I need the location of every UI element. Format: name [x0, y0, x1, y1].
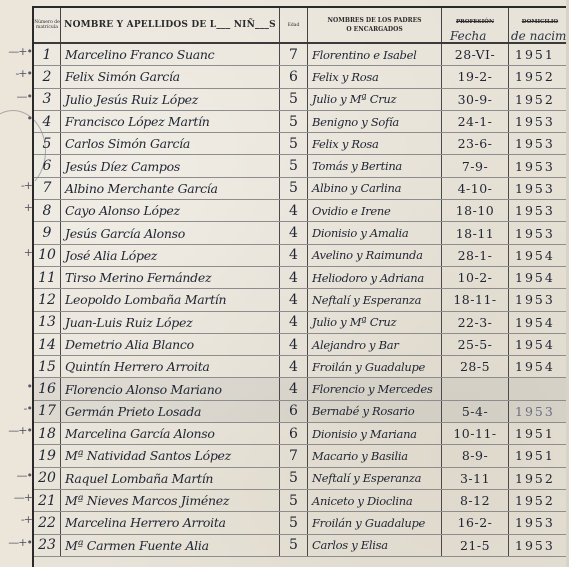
birth-year: 1954 [509, 356, 569, 377]
birth-year: 1954 [509, 245, 569, 266]
table-row: 1 Marcelino Franco Suanc 7 Florentino e … [34, 44, 569, 66]
birth-year: 1953 [509, 512, 569, 533]
birth-date: 7-9- [442, 155, 509, 176]
birth-year: 1953 [509, 155, 569, 176]
row-number: 17 [34, 401, 61, 422]
table-row: 6 Jesús Díez Campos 5 Tomás y Bertina 7-… [34, 155, 569, 177]
header-handwritten-nacimiento: de nacimiento [511, 29, 569, 43]
margin-tick-mark: —• [2, 87, 32, 107]
birth-date: 28-1- [442, 245, 509, 266]
row-number: 18 [34, 423, 61, 444]
child-age: 5 [280, 111, 308, 132]
row-number: 1 [34, 44, 61, 65]
birth-date: 16-2- [442, 512, 509, 533]
child-name: Jesús Díez Campos [61, 155, 280, 176]
table-row: 3 Julio Jesús Ruiz López 5 Julio y Mª Cr… [34, 89, 569, 111]
child-name: Demetrio Alia Blanco [61, 334, 280, 355]
row-number: 3 [34, 89, 61, 110]
parents-names: Albino y Carlina [308, 178, 442, 199]
row-number: 12 [34, 289, 61, 310]
birth-year: 1953 [509, 178, 569, 199]
child-name: Mª Natividad Santos López [61, 445, 280, 466]
child-name: José Alia López [61, 245, 280, 266]
row-number: 22 [34, 512, 61, 533]
birth-date: 28-5 [442, 356, 509, 377]
parents-names: Felix y Rosa [308, 133, 442, 154]
birth-date: 10-11- [442, 423, 509, 444]
child-age: 5 [280, 468, 308, 489]
row-number: 19 [34, 445, 61, 466]
margin-tick-mark: + [2, 243, 32, 263]
header-handwritten-fecha: Fecha [450, 29, 486, 43]
child-name: Tirso Merino Fernández [61, 267, 280, 288]
parents-names: Florentino e Isabel [308, 44, 442, 65]
birth-year: 1953 [509, 401, 569, 422]
row-number: 7 [34, 178, 61, 199]
child-name: Raquel Lombaña Martín [61, 468, 280, 489]
parents-names: Alejandro y Bar [308, 334, 442, 355]
birth-year: 1952 [509, 66, 569, 87]
child-age: 5 [280, 155, 308, 176]
table-row: 14 Demetrio Alia Blanco 4 Alejandro y Ba… [34, 334, 569, 356]
parents-names: Dionisio y Amalia [308, 222, 442, 243]
child-name: Juan-Luis Ruiz López [61, 312, 280, 333]
child-name: Quintín Herrero Arroita [61, 356, 280, 377]
row-number: 10 [34, 245, 61, 266]
child-age: 5 [280, 490, 308, 511]
child-age: 6 [280, 66, 308, 87]
child-name: Marcelino Franco Suanc [61, 44, 280, 65]
child-name: Florencio Alonso Mariano [61, 378, 280, 399]
child-age: 4 [280, 356, 308, 377]
header-parents-line2: O ENCARGADOS [346, 25, 402, 34]
margin-tick-mark: + [2, 198, 32, 218]
table-row: 20 Raquel Lombaña Martín 5 Neftalí y Esp… [34, 468, 569, 490]
child-age: 4 [280, 222, 308, 243]
birth-date: 18-11 [442, 222, 509, 243]
parents-names: Dionisio y Mariana [308, 423, 442, 444]
row-number: 6 [34, 155, 61, 176]
margin-tick-mark: -+• [2, 64, 32, 84]
birth-date: 18-11- [442, 289, 509, 310]
header-number: Número de matrícula [34, 8, 61, 42]
birth-year: 1953 [509, 289, 569, 310]
table-row: 5 Carlos Simón García 5 Felix y Rosa 23-… [34, 133, 569, 155]
birth-date [442, 378, 509, 399]
child-age: 5 [280, 133, 308, 154]
child-age: 5 [280, 178, 308, 199]
child-name: Leopoldo Lombaña Martín [61, 289, 280, 310]
parents-names: Florencio y Mercedes [308, 378, 442, 399]
register-table: Número de matrícula NOMBRE Y APELLIDOS D… [32, 6, 569, 567]
table-row: 18 Marcelina García Alonso 6 Dionisio y … [34, 423, 569, 445]
birth-date: 22-3- [442, 312, 509, 333]
row-number: 13 [34, 312, 61, 333]
birth-year: 1953 [509, 133, 569, 154]
table-row: 9 Jesús García Alonso 4 Dionisio y Amali… [34, 222, 569, 244]
table-row: 11 Tirso Merino Fernández 4 Heliodoro y … [34, 267, 569, 289]
header-age: Edad [280, 8, 308, 42]
parents-names: Avelino y Raimunda [308, 245, 442, 266]
parents-names: Neftalí y Esperanza [308, 289, 442, 310]
row-number: 15 [34, 356, 61, 377]
left-margin: —+•-+•—••-+++•-•—+•—•—+-+—+• [0, 0, 34, 567]
parents-names: Aniceto y Dioclina [308, 490, 442, 511]
child-name: Albino Merchante García [61, 178, 280, 199]
table-header: Número de matrícula NOMBRE Y APELLIDOS D… [34, 8, 569, 44]
row-number: 20 [34, 468, 61, 489]
row-number: 23 [34, 535, 61, 556]
parents-names: Froilán y Guadalupe [308, 356, 442, 377]
table-row: 22 Marcelina Herrero Arroita 5 Froilán y… [34, 512, 569, 534]
birth-date: 25-5- [442, 334, 509, 355]
child-age: 4 [280, 312, 308, 333]
table-row: 16 Florencio Alonso Mariano 4 Florencio … [34, 378, 569, 400]
table-row: 21 Mª Nieves Marcos Jiménez 5 Aniceto y … [34, 490, 569, 512]
row-number: 5 [34, 133, 61, 154]
parents-names: Ovidio e Irene [308, 200, 442, 221]
row-number: 4 [34, 111, 61, 132]
birth-year: 1951 [509, 445, 569, 466]
child-name: Carlos Simón García [61, 133, 280, 154]
child-age: 4 [280, 289, 308, 310]
header-profession: PROFESIÓN Fecha [442, 8, 509, 42]
table-row: 10 José Alia López 4 Avelino y Raimunda … [34, 245, 569, 267]
child-age: 5 [280, 89, 308, 110]
birth-date: 5-4- [442, 401, 509, 422]
birth-year: 1953 [509, 111, 569, 132]
child-name: Julio Jesús Ruiz López [61, 89, 280, 110]
parents-names: Froilán y Guadalupe [308, 512, 442, 533]
header-domicile: DOMICILIO de nacimiento [509, 8, 569, 42]
table-row: 17 Germán Prieto Losada 6 Bernabé y Rosa… [34, 401, 569, 423]
birth-year: 1952 [509, 490, 569, 511]
margin-tick-mark: —+ [2, 488, 32, 508]
header-parents-line1: NOMBRES DE LOS PADRES [328, 16, 422, 25]
parents-names: Julio y Mª Cruz [308, 89, 442, 110]
child-age: 4 [280, 378, 308, 399]
child-age: 4 [280, 200, 308, 221]
birth-year: 1952 [509, 468, 569, 489]
birth-year: 1953 [509, 535, 569, 556]
table-row: 4 Francisco López Martín 5 Benigno y Sof… [34, 111, 569, 133]
birth-year: 1952 [509, 89, 569, 110]
birth-year: 1954 [509, 267, 569, 288]
child-age: 4 [280, 267, 308, 288]
child-name: Marcelina García Alonso [61, 423, 280, 444]
parents-names: Neftalí y Esperanza [308, 468, 442, 489]
child-age: 6 [280, 401, 308, 422]
header-name: NOMBRE Y APELLIDOS DE L___ NIÑ___S [61, 8, 280, 42]
parents-names: Julio y Mª Cruz [308, 312, 442, 333]
child-age: 5 [280, 535, 308, 556]
header-parents: NOMBRES DE LOS PADRES O ENCARGADOS [308, 8, 442, 42]
birth-year: 1953 [509, 222, 569, 243]
birth-date: 24-1- [442, 111, 509, 132]
birth-year [509, 378, 569, 399]
birth-year: 1954 [509, 334, 569, 355]
child-name: Cayo Alonso López [61, 200, 280, 221]
parents-names: Felix y Rosa [308, 66, 442, 87]
table-row: 19 Mª Natividad Santos López 7 Macario y… [34, 445, 569, 467]
margin-tick-mark: -• [2, 399, 32, 419]
header-profession-struck: PROFESIÓN [456, 19, 494, 25]
child-age: 6 [280, 423, 308, 444]
row-number: 21 [34, 490, 61, 511]
parents-names: Benigno y Sofía [308, 111, 442, 132]
child-age: 7 [280, 44, 308, 65]
child-name: Mª Carmen Fuente Alia [61, 535, 280, 556]
parents-names: Tomás y Bertina [308, 155, 442, 176]
birth-date: 4-10- [442, 178, 509, 199]
row-number: 9 [34, 222, 61, 243]
birth-date: 18-10 [442, 200, 509, 221]
table-row: 15 Quintín Herrero Arroita 4 Froilán y G… [34, 356, 569, 378]
row-number: 16 [34, 378, 61, 399]
child-name: Marcelina Herrero Arroita [61, 512, 280, 533]
child-age: 5 [280, 512, 308, 533]
margin-tick-mark: • [2, 377, 32, 397]
margin-tick-mark: -+ [2, 510, 32, 530]
child-name: Jesús García Alonso [61, 222, 280, 243]
register-page: —+•-+•—••-+++•-•—+•—•—+-+—+• Número de m… [0, 0, 569, 567]
margin-tick-mark: —+• [2, 421, 32, 441]
birth-date: 23-6- [442, 133, 509, 154]
child-name: Mª Nieves Marcos Jiménez [61, 490, 280, 511]
child-name: Francisco López Martín [61, 111, 280, 132]
parents-names: Heliodoro y Adriana [308, 267, 442, 288]
row-number: 14 [34, 334, 61, 355]
child-name: Felix Simón García [61, 66, 280, 87]
table-row: 7 Albino Merchante García 5 Albino y Car… [34, 178, 569, 200]
table-row: 8 Cayo Alonso López 4 Ovidio e Irene 18-… [34, 200, 569, 222]
birth-date: 28-VI- [442, 44, 509, 65]
row-number: 11 [34, 267, 61, 288]
birth-date: 21-5 [442, 535, 509, 556]
birth-date: 19-2- [442, 66, 509, 87]
table-row: 2 Felix Simón García 6 Felix y Rosa 19-2… [34, 66, 569, 88]
birth-year: 1951 [509, 423, 569, 444]
child-age: 4 [280, 245, 308, 266]
birth-date: 8-9- [442, 445, 509, 466]
child-name: Germán Prieto Losada [61, 401, 280, 422]
margin-tick-mark: —+• [2, 42, 32, 62]
birth-date: 10-2- [442, 267, 509, 288]
birth-date: 8-12 [442, 490, 509, 511]
parents-names: Macario y Basilia [308, 445, 442, 466]
table-row: 13 Juan-Luis Ruiz López 4 Julio y Mª Cru… [34, 312, 569, 334]
row-number: 8 [34, 200, 61, 221]
parents-names: Carlos y Elisa [308, 535, 442, 556]
birth-date: 3-11 [442, 468, 509, 489]
table-body: 1 Marcelino Franco Suanc 7 Florentino e … [34, 44, 569, 557]
row-number: 2 [34, 66, 61, 87]
header-domicile-struck: DOMICILIO [522, 19, 558, 25]
child-age: 7 [280, 445, 308, 466]
birth-year: 1954 [509, 312, 569, 333]
margin-tick-mark: —• [2, 466, 32, 486]
margin-tick-mark: —+• [2, 533, 32, 553]
table-row: 23 Mª Carmen Fuente Alia 5 Carlos y Elis… [34, 535, 569, 557]
birth-date: 30-9- [442, 89, 509, 110]
parents-names: Bernabé y Rosario [308, 401, 442, 422]
child-age: 4 [280, 334, 308, 355]
table-row: 12 Leopoldo Lombaña Martín 4 Neftalí y E… [34, 289, 569, 311]
birth-year: 1953 [509, 200, 569, 221]
birth-year: 1951 [509, 44, 569, 65]
